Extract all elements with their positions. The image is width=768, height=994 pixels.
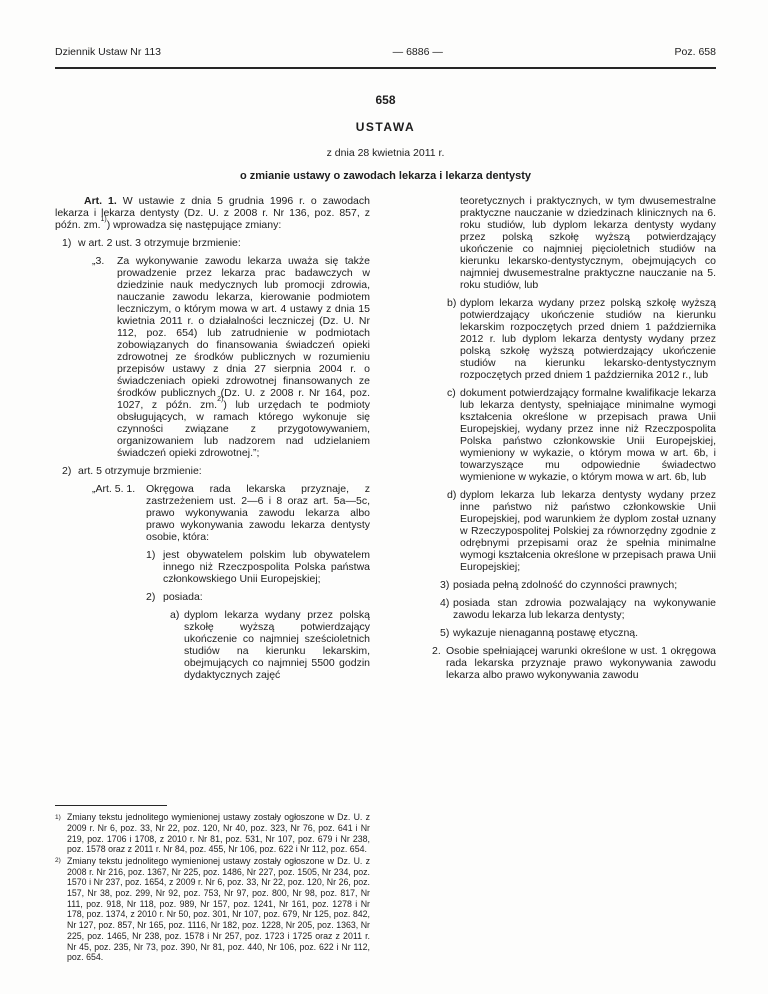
header-rule <box>55 67 716 69</box>
subpoint-text: posiada stan zdrowia pozwalający na wyko… <box>453 597 716 621</box>
article-1-text-tail: ) wprowadza się następujące zmiany: <box>107 219 282 231</box>
subpoint-marker: 1) <box>146 549 163 585</box>
subpoint-text: jest obywatelem polskim lub obywatelem i… <box>163 549 370 585</box>
act-date: z dnia 28 kwietnia 2011 r. <box>55 147 716 159</box>
quoted-provision-ust3: „3. Za wykonywanie zawodu lekarza uważa … <box>92 255 370 459</box>
footnotes-section: 1) Zmiany tekstu jednolitego wymienionej… <box>55 805 370 967</box>
ust-text: Osobie spełniającej warunki określone w … <box>446 645 716 681</box>
letter-text: dyplom lekarza wydany przez polską szkoł… <box>184 609 370 681</box>
subpoint-marker: 5) <box>440 627 453 639</box>
act-title: o zmianie ustawy o zawodach lekarza i le… <box>55 170 716 182</box>
footnote-text: Zmiany tekstu jednolitego wymienionej us… <box>67 812 370 855</box>
point-marker: 2) <box>62 465 78 477</box>
footnote-separator <box>55 805 167 806</box>
art5-ust-2: 2. Osobie spełniającej warunki określone… <box>432 645 716 681</box>
art5-subpoint-1: 1) jest obywatelem polskim lub obywatele… <box>146 549 370 585</box>
quoted-article-5: „Art. 5. 1. Okręgowa rada lekarska przyz… <box>92 483 370 543</box>
position-number: Poz. 658 <box>675 46 716 59</box>
subpoint-marker: 4) <box>440 597 453 621</box>
quote-text-part1: Za wykonywanie zawodu lekarza uważa się … <box>117 255 370 411</box>
footnote-marker: 2) <box>55 856 67 963</box>
letter-item-a: a) dyplom lekarza wydany przez polską sz… <box>170 609 370 681</box>
two-column-body: Art. 1. W ustawie z dnia 5 grudnia 1996 … <box>55 195 716 967</box>
art5-subpoint-5: 5) wykazuje nienaganną postawę etyczną. <box>440 627 716 639</box>
art5-subpoint-2: 2) posiada: <box>146 591 370 603</box>
letter-marker: b) <box>447 297 460 381</box>
subpoint-text: posiada pełną zdolność do czynności praw… <box>453 579 716 591</box>
subpoint-marker: 3) <box>440 579 453 591</box>
journal-name: Dziennik Ustaw Nr 113 <box>55 46 161 59</box>
quote-marker: „3. <box>92 255 117 459</box>
subpoint-text: wykazuje nienaganną postawę etyczną. <box>453 627 716 639</box>
act-item-number: 658 <box>55 93 716 107</box>
article-1-label: Art. 1. <box>84 195 117 207</box>
letter-item-b: b) dyplom lekarza wydany przez polską sz… <box>447 297 716 381</box>
art5-subpoint-3: 3) posiada pełną zdolność do czynności p… <box>440 579 716 591</box>
footnote-text: Zmiany tekstu jednolitego wymienionej us… <box>67 856 370 963</box>
right-column: teoretycznych i praktycznych, w tym dwus… <box>398 195 716 967</box>
article-1-intro: Art. 1. W ustawie z dnia 5 grudnia 1996 … <box>55 195 370 231</box>
article-5-marker: „Art. 5. 1. <box>92 483 146 543</box>
letter-item-d: d) dyplom lekarza lub lekarza dentysty w… <box>447 489 716 573</box>
footnote-1: 1) Zmiany tekstu jednolitego wymienionej… <box>55 812 370 855</box>
point-text: w art. 2 ust. 3 otrzymuje brzmienie: <box>78 237 370 249</box>
ust-marker: 2. <box>432 645 446 681</box>
page-number: — 6886 — <box>393 46 443 59</box>
letter-marker: d) <box>447 489 460 573</box>
article-5-text: Okręgowa rada lekarska przyznaje, z zast… <box>146 483 370 543</box>
subpoint-marker: 2) <box>146 591 163 603</box>
footnote-marker: 1) <box>55 812 67 855</box>
gazette-page: Dziennik Ustaw Nr 113 — 6886 — Poz. 658 … <box>0 0 768 994</box>
letter-text: dyplom lekarza lub lekarza dentysty wyda… <box>460 489 716 573</box>
subpoint-text: posiada: <box>163 591 370 603</box>
footnote-ref-1: 1) <box>101 216 107 223</box>
point-text: art. 5 otrzymuje brzmienie: <box>78 465 370 477</box>
amendment-point-1: 1) w art. 2 ust. 3 otrzymuje brzmienie: <box>62 237 370 249</box>
letter-marker: a) <box>170 609 184 681</box>
letter-text: dokument potwierdzający formalne kwalifi… <box>460 387 716 483</box>
quote-text: Za wykonywanie zawodu lekarza uważa się … <box>117 255 370 459</box>
act-type: USTAWA <box>55 120 716 134</box>
page-header: Dziennik Ustaw Nr 113 — 6886 — Poz. 658 <box>55 46 716 59</box>
letter-text: dyplom lekarza wydany przez polską szkoł… <box>460 297 716 381</box>
left-column: Art. 1. W ustawie z dnia 5 grudnia 1996 … <box>55 195 370 967</box>
letter-a-continuation: teoretycznych i praktycznych, w tym dwus… <box>460 195 716 291</box>
letter-item-c: c) dokument potwierdzający formalne kwal… <box>447 387 716 483</box>
art5-subpoint-4: 4) posiada stan zdrowia pozwalający na w… <box>440 597 716 621</box>
footnote-ref-2: 2) <box>217 396 223 403</box>
footnote-2: 2) Zmiany tekstu jednolitego wymienionej… <box>55 856 370 963</box>
letter-text: teoretycznych i praktycznych, w tym dwus… <box>460 195 716 291</box>
amendment-point-2: 2) art. 5 otrzymuje brzmienie: <box>62 465 370 477</box>
letter-marker: c) <box>447 387 460 483</box>
point-marker: 1) <box>62 237 78 249</box>
